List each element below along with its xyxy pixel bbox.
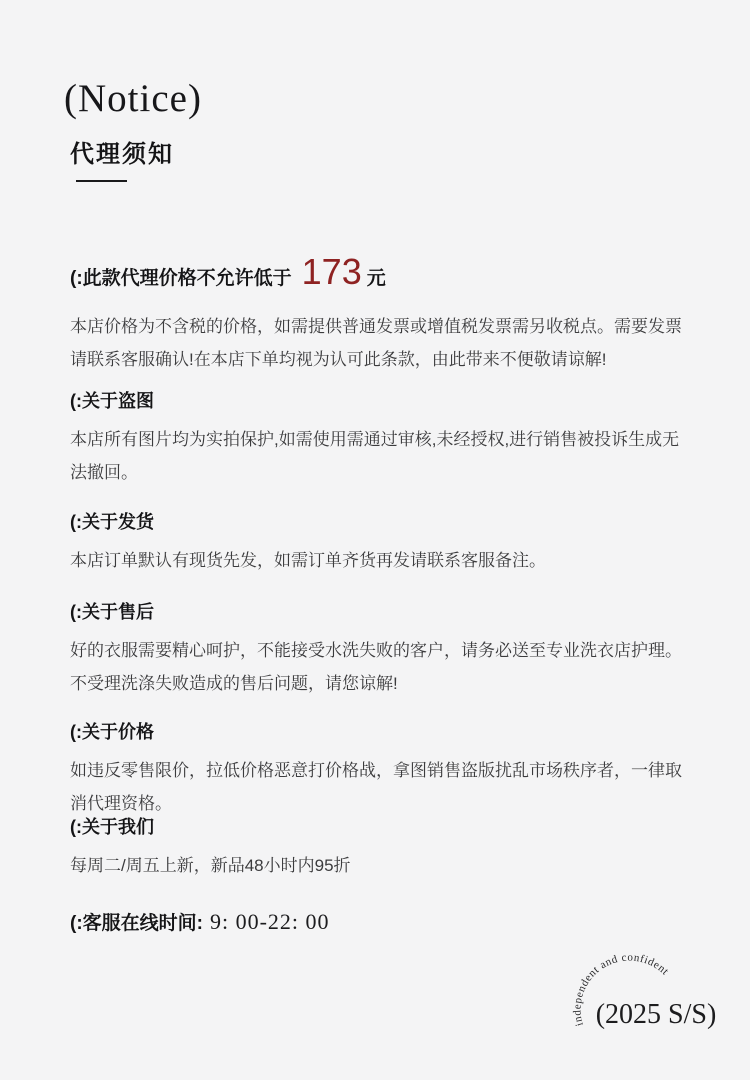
price-notice-prefix: (:此款代理价格不允许低于: [70, 269, 292, 288]
section-body-piracy: 本店所有图片均为实拍保护,如需使用需通过审核,未经授权,进行销售被投诉生成无法撤…: [70, 423, 686, 489]
price-unit: 元: [367, 269, 386, 288]
price-value: 173: [302, 254, 362, 290]
title-divider: [76, 180, 127, 182]
section-body-pricing: 如违反零售限价，拉低价格恶意打价格战，拿图销售盗版扰乱市场秩序者，一律取消代理资…: [70, 754, 686, 820]
service-hours-value: 9: 00-22: 00: [210, 909, 330, 935]
footer-season-label: (2025 S/S): [596, 999, 717, 1030]
section-heading-about: (:关于我们: [70, 816, 154, 838]
section-heading-piracy: (:关于盗图: [70, 390, 154, 412]
section-body-about: 每周二/周五上新，新品48小时内95折: [70, 849, 686, 882]
page-title: 代理须知: [70, 134, 174, 169]
service-hours-label: (:客服在线时间:: [70, 908, 203, 935]
notice-page: (Notice) 代理须知 (:此款代理价格不允许低于 173 元 本店价格为不…: [0, 0, 750, 1080]
brand-title: (Notice): [64, 76, 202, 121]
footer-seal: independent and confident (2025 S/S): [550, 920, 740, 1075]
section-heading-pricing: (:关于价格: [70, 721, 154, 743]
section-heading-shipping: (:关于发货: [70, 511, 154, 533]
section-body-shipping: 本店订单默认有现货先发，如需订单齐货再发请联系客服备注。: [70, 544, 686, 577]
section-heading-aftersales: (:关于售后: [70, 601, 154, 623]
tax-note-paragraph: 本店价格为不含税的价格，如需提供普通发票或增值税发票需另收税点。需要发票请联系客…: [70, 310, 686, 376]
section-body-aftersales: 好的衣服需要精心呵护，不能接受水洗失败的客户，请务必送至专业洗衣店护理。不受理洗…: [70, 634, 686, 700]
price-notice-line: (:此款代理价格不允许低于 173 元: [70, 254, 386, 290]
service-hours-line: (:客服在线时间: 9: 00-22: 00: [70, 908, 330, 935]
